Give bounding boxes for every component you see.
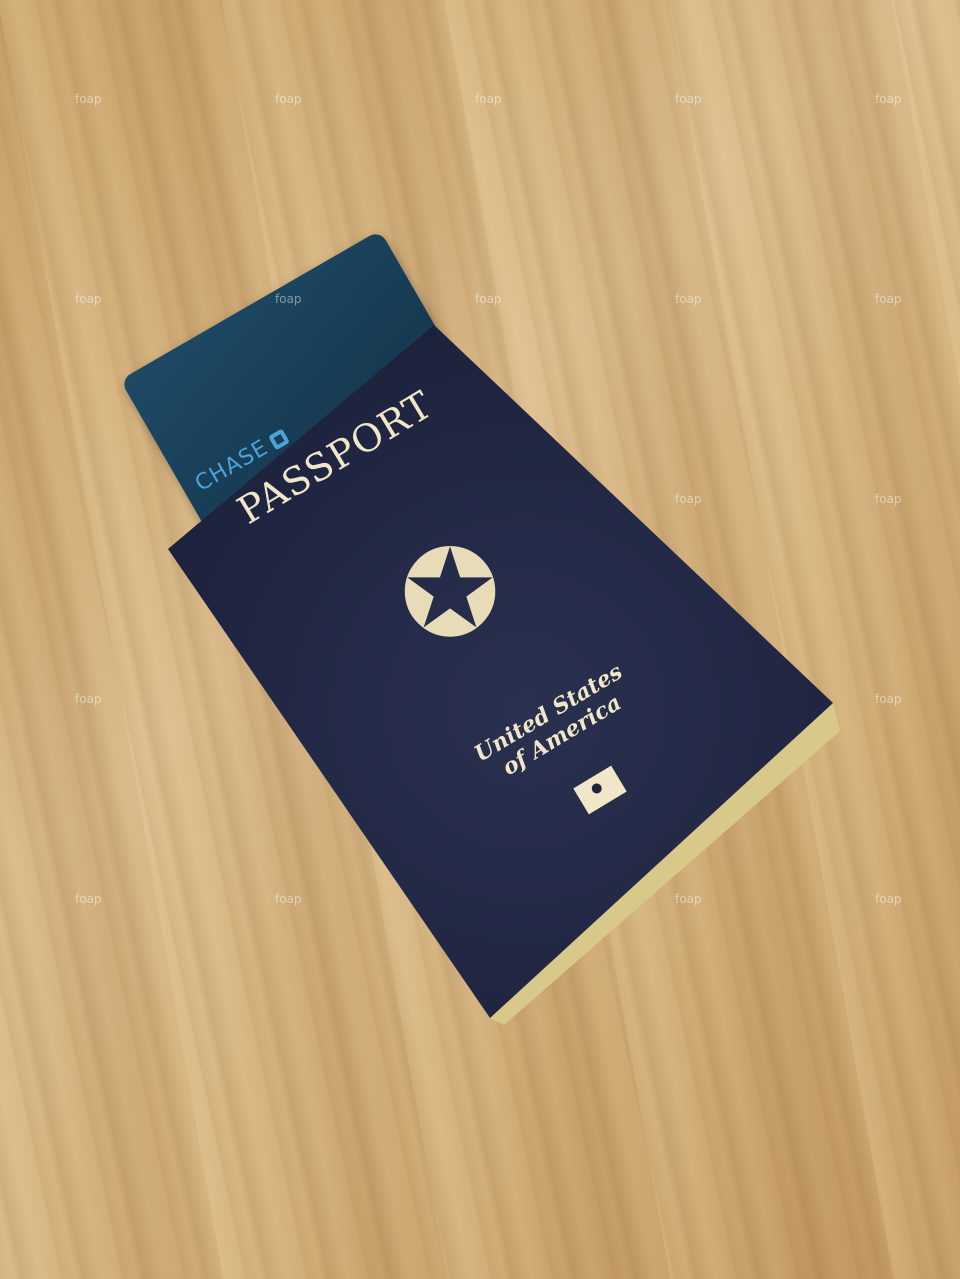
passport: PASSPORT ✪ United States of America — [140, 325, 840, 1025]
watermark: foap — [475, 92, 502, 106]
watermark: foap — [275, 292, 302, 306]
watermark: foap — [675, 92, 702, 106]
watermark: foap — [75, 692, 102, 706]
watermark: foap — [875, 892, 902, 906]
watermark: foap — [75, 92, 102, 106]
watermark: foap — [75, 892, 102, 906]
watermark: foap — [875, 692, 902, 706]
watermark: foap — [875, 492, 902, 506]
watermark: foap — [875, 292, 902, 306]
watermark: foap — [475, 292, 502, 306]
watermark: foap — [275, 92, 302, 106]
watermark: foap — [75, 292, 102, 306]
eagle-seal-icon: ✪ — [355, 505, 545, 685]
watermark: foap — [675, 892, 702, 906]
watermark: foap — [675, 292, 702, 306]
watermark: foap — [275, 892, 302, 906]
watermark: foap — [675, 492, 702, 506]
watermark: foap — [875, 92, 902, 106]
